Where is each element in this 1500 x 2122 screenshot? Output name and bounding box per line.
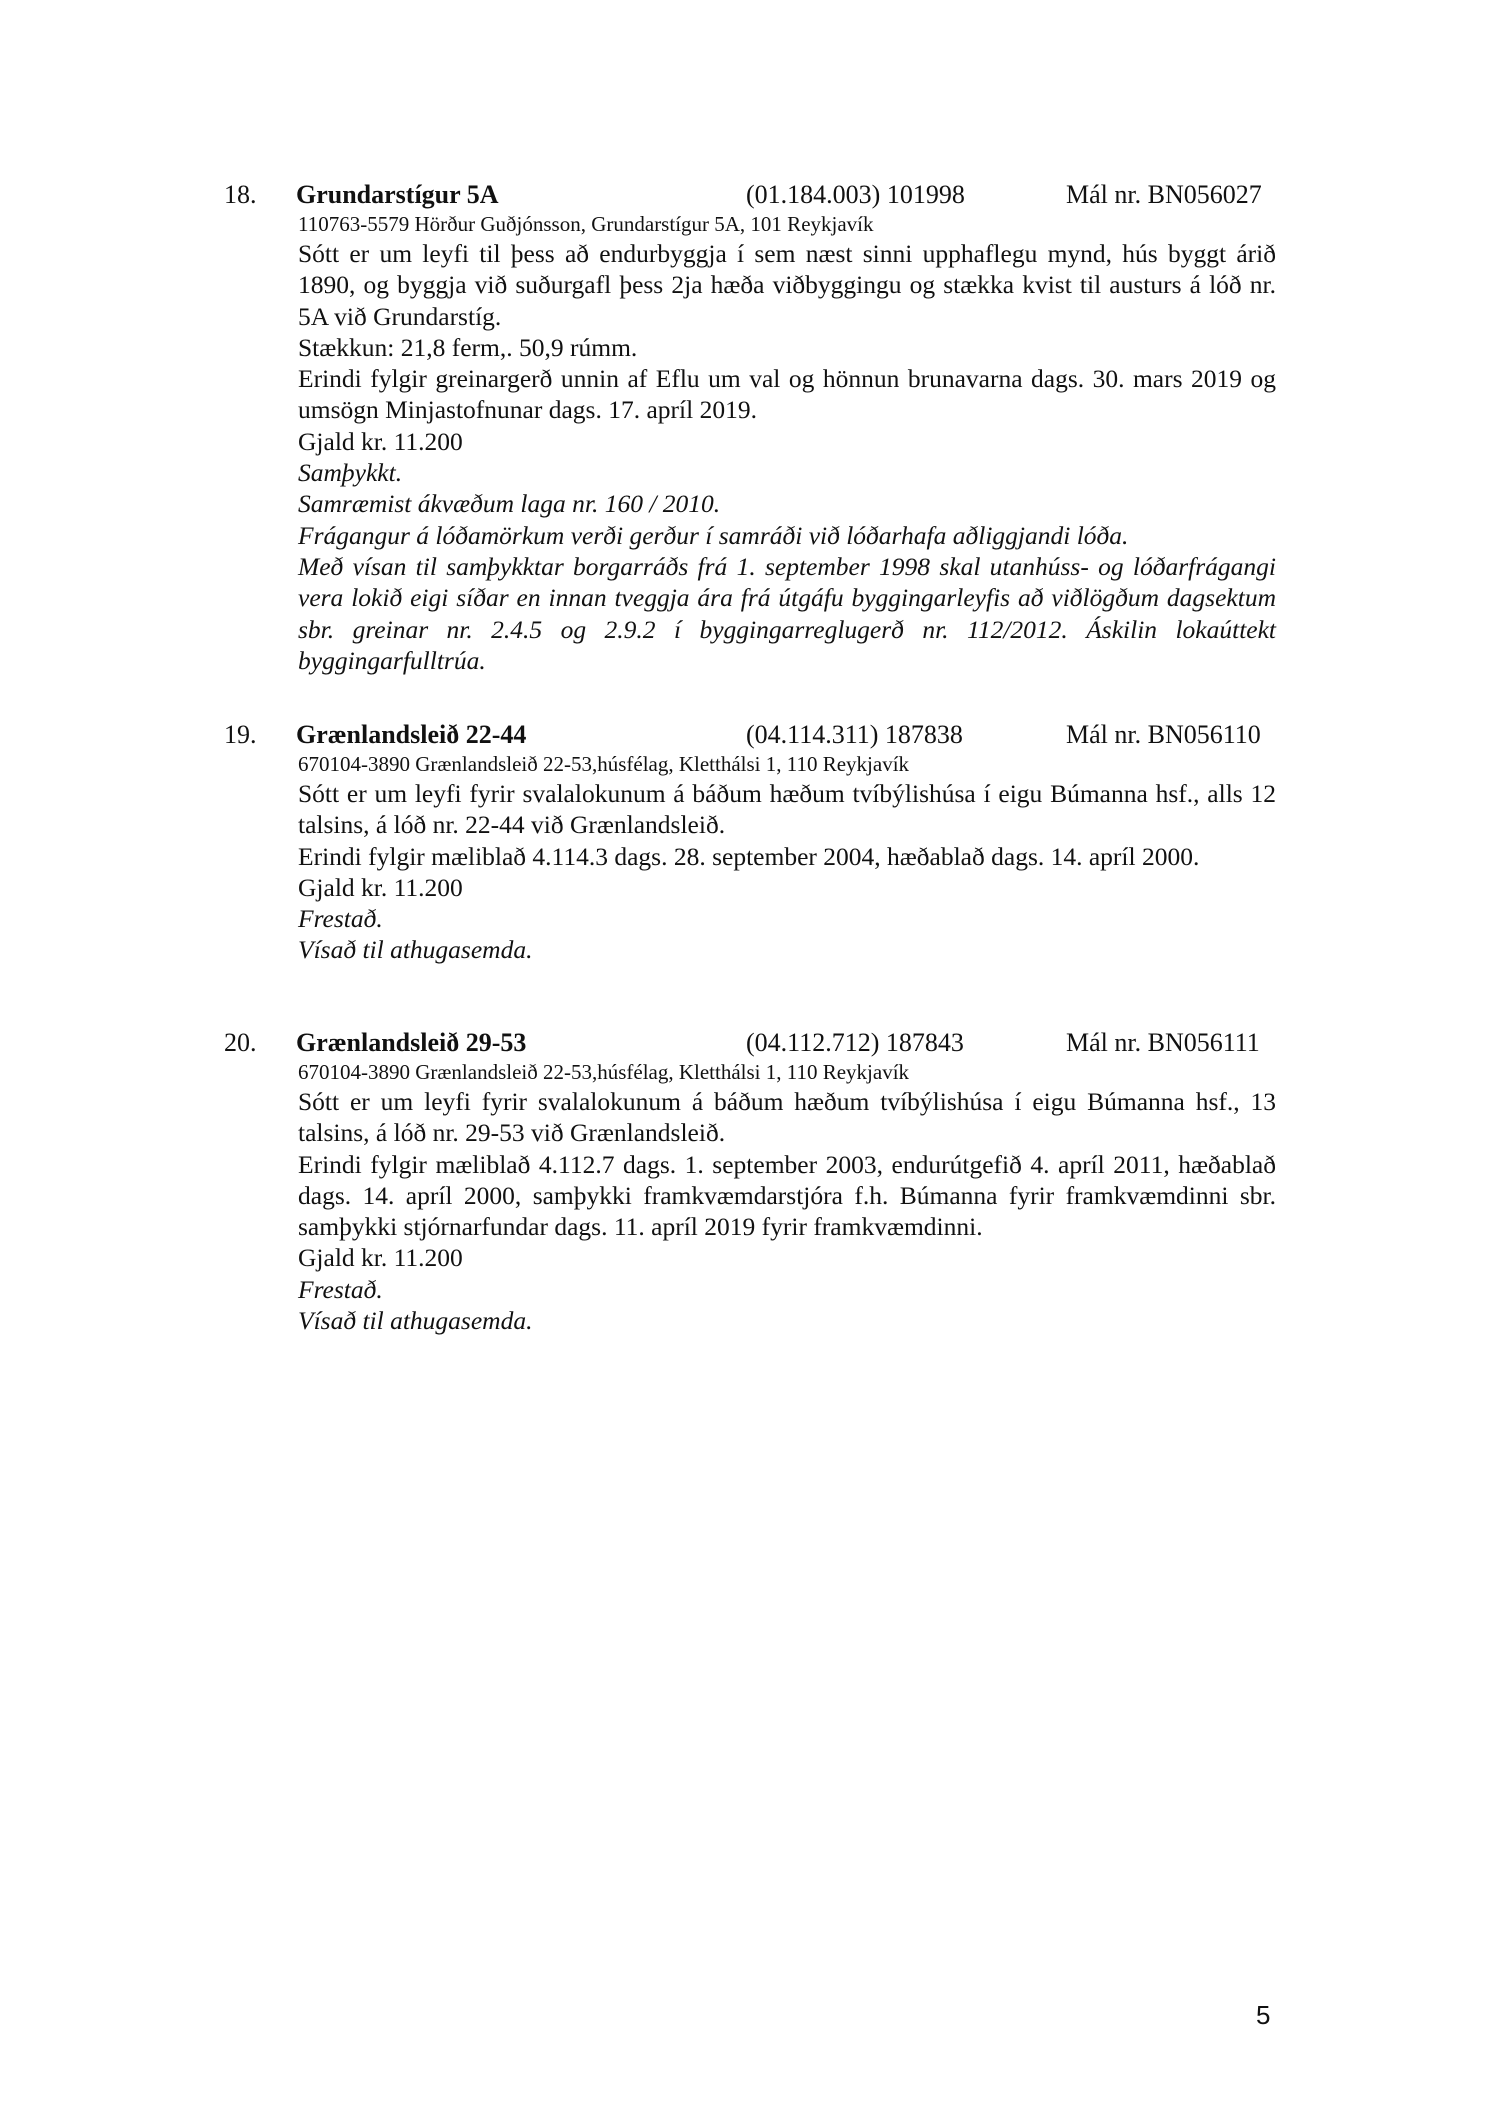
case-decision-text: Samræmist ákvæðum laga nr. 160 / 2010. bbox=[298, 488, 1276, 519]
case-address: Grundarstígur 5A bbox=[296, 180, 499, 210]
case-address: Grænlandsleið 29-53 bbox=[296, 1028, 526, 1058]
case-number: 20. bbox=[224, 1028, 257, 1058]
case-paragraphs: Sótt er um leyfi fyrir svalalokunum á bá… bbox=[298, 1086, 1276, 1336]
case-parcel-id: (04.112.712) 187843 bbox=[746, 1028, 964, 1058]
case-address: Grænlandsleið 22-44 bbox=[296, 720, 526, 750]
case-decision-text: Með vísan til samþykktar borgarráðs frá … bbox=[298, 551, 1276, 676]
case-applicant: 670104-3890 Grænlandsleið 22-53,húsfélag… bbox=[298, 750, 1276, 778]
case-decision-text: Vísað til athugasemda. bbox=[298, 934, 1276, 965]
case-number: 19. bbox=[224, 720, 257, 750]
case-number: 18. bbox=[224, 180, 257, 210]
case-decision-text: Frestað. bbox=[298, 1274, 1276, 1305]
case-decision-text: Vísað til athugasemda. bbox=[298, 1305, 1276, 1336]
case-paragraph: Gjald kr. 11.200 bbox=[298, 426, 1276, 457]
case-paragraph: Erindi fylgir mæliblað 4.112.7 dags. 1. … bbox=[298, 1149, 1276, 1243]
case-decision-text: Frágangur á lóðamörkum verði gerður í sa… bbox=[298, 520, 1276, 551]
case-entry: 18. Grundarstígur 5A (01.184.003) 101998… bbox=[224, 180, 1276, 676]
case-body: 110763-5579 Hörður Guðjónsson, Grundarst… bbox=[298, 210, 1276, 676]
document-page: 18. Grundarstígur 5A (01.184.003) 101998… bbox=[0, 0, 1500, 2122]
case-header: 18. Grundarstígur 5A (01.184.003) 101998… bbox=[224, 180, 1276, 210]
case-entry: 19. Grænlandsleið 22-44 (04.114.311) 187… bbox=[224, 720, 1276, 966]
case-paragraph: Gjald kr. 11.200 bbox=[298, 872, 1276, 903]
case-applicant: 110763-5579 Hörður Guðjónsson, Grundarst… bbox=[298, 210, 1276, 238]
case-parcel-id: (04.114.311) 187838 bbox=[746, 720, 963, 750]
case-paragraph: Erindi fylgir greinargerð unnin af Eflu … bbox=[298, 363, 1276, 426]
case-decision-text: Frestað. bbox=[298, 903, 1276, 934]
case-paragraph: Erindi fylgir mæliblað 4.114.3 dags. 28.… bbox=[298, 841, 1276, 872]
case-parcel-id: (01.184.003) 101998 bbox=[746, 180, 965, 210]
case-paragraph: Sótt er um leyfi til þess að endurbyggja… bbox=[298, 238, 1276, 332]
case-paragraph: Stækkun: 21,8 ferm,. 50,9 rúmm. bbox=[298, 332, 1276, 363]
case-decision-text: Samþykkt. bbox=[298, 457, 1276, 488]
case-reference: Mál nr. BN056027 bbox=[1066, 180, 1262, 210]
case-body: 670104-3890 Grænlandsleið 22-53,húsfélag… bbox=[298, 1058, 1276, 1336]
case-reference: Mál nr. BN056110 bbox=[1066, 720, 1261, 750]
case-entry: 20. Grænlandsleið 29-53 (04.112.712) 187… bbox=[224, 1028, 1276, 1336]
case-reference: Mál nr. BN056111 bbox=[1066, 1028, 1260, 1058]
case-paragraphs: Sótt er um leyfi til þess að endurbyggja… bbox=[298, 238, 1276, 676]
case-paragraphs: Sótt er um leyfi fyrir svalalokunum á bá… bbox=[298, 778, 1276, 966]
case-body: 670104-3890 Grænlandsleið 22-53,húsfélag… bbox=[298, 750, 1276, 966]
case-applicant: 670104-3890 Grænlandsleið 22-53,húsfélag… bbox=[298, 1058, 1276, 1086]
case-header: 19. Grænlandsleið 22-44 (04.114.311) 187… bbox=[224, 720, 1276, 750]
page-number: 5 bbox=[1256, 2000, 1270, 2030]
case-header: 20. Grænlandsleið 29-53 (04.112.712) 187… bbox=[224, 1028, 1276, 1058]
case-paragraph: Gjald kr. 11.200 bbox=[298, 1242, 1276, 1273]
case-paragraph: Sótt er um leyfi fyrir svalalokunum á bá… bbox=[298, 1086, 1276, 1149]
case-paragraph: Sótt er um leyfi fyrir svalalokunum á bá… bbox=[298, 778, 1276, 841]
